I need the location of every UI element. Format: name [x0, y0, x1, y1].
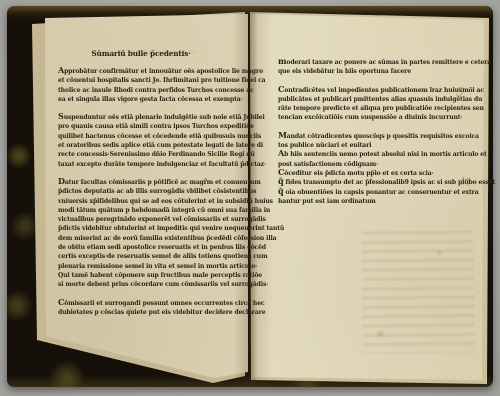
text-line: victualibus peregrinādo exponerēt vel cō…: [58, 215, 242, 224]
text-line: quilibet hactenus cōcesse et cōcedende e…: [58, 132, 242, 141]
text-line: recte concessis·Serenissimo dñio Ferdina…: [58, 150, 242, 159]
text-line: Suspenduntur oēs etiā plenarie indulgēti…: [58, 113, 242, 122]
printed-paragraph: Mandat cōtradicentes quoscūqs p quesitis…: [278, 132, 478, 151]
text-line: q̄ oīa obuentiōes in capsis ponantur ac …: [278, 188, 468, 197]
text-line: Qui tamē habent cōponere sup fructibus m…: [58, 271, 242, 280]
text-line: dubietates p cōscias quiete put eis vide…: [58, 308, 242, 317]
text-line: si morte debent prius cōcordare cum cōmi…: [58, 280, 242, 289]
printed-paragraph: Suspenduntur oēs etiā plenarie indulgēti…: [58, 113, 252, 169]
text-line: ea et singula illas vigore gesta facta c…: [58, 95, 242, 104]
printed-paragraph: moderari taxare ac ponere ac sūmas in pa…: [278, 58, 478, 77]
printed-paragraph: Contradicētes vel impedientes publicatio…: [278, 86, 478, 123]
printed-paragraph: Datur facultas cōmissariis p pōtificē ac…: [58, 178, 252, 290]
printed-paragraph: Approbātur confirmātur et innouātur oēs …: [58, 67, 252, 104]
text-line: Contradicētes vel impedientes publicatio…: [278, 86, 468, 95]
text-line: Ab hiis sentenciis nemo potest absolui n…: [278, 150, 468, 159]
page-heading: Sūmariū bulle p̄cedentis·: [58, 49, 252, 58]
text-line: de obitu etiam sedi apostolice reseruati…: [58, 243, 242, 252]
text-line: modi tātum quātum p hebdomadā integrā cū…: [58, 206, 242, 215]
text-line: et cōuentui hospitalis sancti Jo. Ihrlīm…: [58, 76, 242, 85]
text-line: rāte tempore predicto et aliqua pro publ…: [278, 104, 468, 113]
left-page-text: Sūmariū bulle p̄cedentis· Approbātur con…: [58, 49, 252, 317]
text-line: moderari taxare ac ponere ac sūmas in pa…: [278, 58, 468, 67]
text-line: dem miserint ac de eorū familia existent…: [58, 234, 242, 243]
right-page-show-through: [361, 230, 474, 353]
text-line: Approbātur confirmātur et innouātur oēs …: [58, 67, 242, 76]
text-line: plenaria remissione semel in vita et sem…: [58, 262, 242, 271]
text-line: publicātes et publicari pmittentes alias…: [278, 95, 468, 104]
text-line: tholice ac insule Rhodi contra perfidos …: [58, 86, 242, 95]
printed-paragraph: q̄ fides transumpto det ac p̄fessionalib…: [278, 178, 478, 187]
photograph-background: Sūmariū bulle p̄cedentis· Approbātur con…: [0, 0, 500, 396]
text-line: taxat excepto durāte tempore indulgencia…: [58, 160, 242, 169]
text-line: tos publice nūciari et euitari: [278, 141, 468, 150]
text-line: Mandat cōtradicentes quoscūqs p quesitis…: [278, 132, 468, 141]
printed-paragraph: q̄ oīa obuentiōes in capsis ponantur ac …: [278, 188, 478, 207]
text-line: hantur put est iam ordinatum: [278, 197, 468, 206]
text-line: Datur facultas cōmissariis p pōtificē ac…: [58, 178, 242, 187]
text-line: vniuersis xp̄ifidelibus qui se ad eos cō…: [58, 197, 242, 206]
page-stain: [377, 331, 384, 337]
text-line: p̄dictis videbitur obtulerint et impedit…: [58, 224, 242, 233]
text-line: p̄dictos deputatis ac ab illis surrogādi…: [58, 187, 242, 196]
text-line: post satisfactionem cōdignam·: [278, 160, 468, 169]
text-line: Cōmissarii et surrogandi possunt omnes o…: [58, 299, 242, 308]
text-line: et oratoribus sedis aplice etiā cum pote…: [58, 141, 242, 150]
right-page-text: moderari taxare ac ponere ac sūmas in pa…: [278, 58, 478, 206]
book-binding: Sūmariū bulle p̄cedentis· Approbātur con…: [7, 6, 493, 387]
printed-paragraph: Ab hiis sentenciis nemo potest absolui n…: [278, 150, 478, 169]
text-line: q̄ fides transumpto det ac p̄fessionalib…: [278, 178, 468, 187]
printed-paragraph: Cōmissarii et surrogandi possunt omnes o…: [58, 299, 252, 318]
text-line: Cōceditur eis p̄dicta motu pp̄io et ex c…: [278, 169, 468, 178]
page-stain: [437, 251, 442, 255]
text-line: pro quauis causa etiā simili contra ipso…: [58, 122, 242, 131]
text-line: certis exceptis·de reseruatis semel de a…: [58, 252, 242, 261]
text-line: que eis videbātur in hiis oportuna facer…: [278, 67, 468, 76]
printed-paragraph: Cōceditur eis p̄dicta motu pp̄io et ex c…: [278, 169, 478, 178]
text-line: tencian excōicatiōis cum suspensiōe a di…: [278, 113, 468, 122]
